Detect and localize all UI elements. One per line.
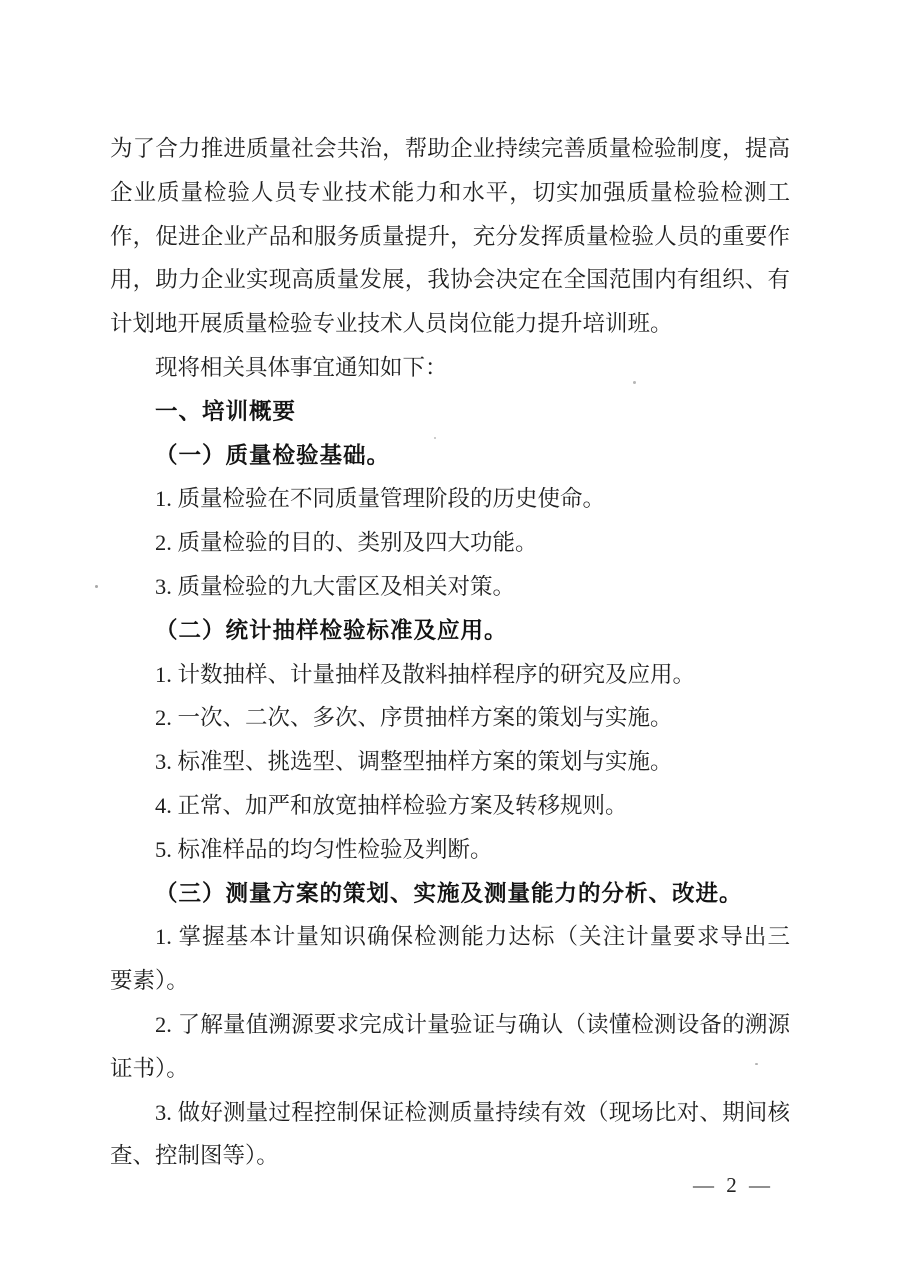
scan-artifact [633, 381, 636, 384]
document-page: 为了合力推进质量社会共治，帮助企业持续完善质量检验制度，提高 企业质量检验人员专… [0, 0, 900, 1273]
paragraph-line: 为了合力推进质量社会共治，帮助企业持续完善质量检验制度，提高 [110, 127, 790, 171]
section-heading-1: 一、培训概要 [110, 390, 790, 434]
list-item: 2. 了解量值溯源要求完成计量验证与确认（读懂检测设备的溯源 [110, 1003, 790, 1047]
list-item: 1. 掌握基本计量知识确保检测能力达标（关注计量要求导出三 [110, 915, 790, 959]
paragraph-line: 企业质量检验人员专业技术能力和水平，切实加强质量检验检测工 [110, 171, 790, 215]
subsection-heading-2: （二）统计抽样检验标准及应用。 [110, 609, 790, 653]
list-item: 3. 质量检验的九大雷区及相关对策。 [110, 565, 790, 609]
subsection-heading-1: （一）质量检验基础。 [110, 434, 790, 478]
scan-artifact [95, 585, 98, 588]
list-item: 1. 计数抽样、计量抽样及散料抽样程序的研究及应用。 [110, 653, 790, 697]
list-item-continuation: 要素）。 [110, 959, 790, 1003]
scan-artifact [434, 437, 436, 439]
list-item-continuation: 查、控制图等）。 [110, 1134, 790, 1178]
notice-lead-line: 现将相关具体事宜通知如下： [110, 346, 790, 390]
paragraph-line: 计划地开展质量检验专业技术人员岗位能力提升培训班。 [110, 302, 790, 346]
paragraph-line: 作，促进企业产品和服务质量提升，充分发挥质量检验人员的重要作 [110, 215, 790, 259]
list-item: 4. 正常、加严和放宽抽样检验方案及转移规则。 [110, 784, 790, 828]
list-item-continuation: 证书）。 [110, 1047, 790, 1091]
document-body: 为了合力推进质量社会共治，帮助企业持续完善质量检验制度，提高 企业质量检验人员专… [110, 127, 790, 1178]
list-item: 1. 质量检验在不同质量管理阶段的历史使命。 [110, 477, 790, 521]
list-item: 2. 一次、二次、多次、序贯抽样方案的策划与实施。 [110, 696, 790, 740]
list-item: 3. 标准型、挑选型、调整型抽样方案的策划与实施。 [110, 740, 790, 784]
subsection-heading-3: （三）测量方案的策划、实施及测量能力的分析、改进。 [110, 872, 790, 916]
page-number: — 2 — [693, 1172, 770, 1198]
list-item: 5. 标准样品的均匀性检验及判断。 [110, 828, 790, 872]
paragraph-line: 用，助力企业实现高质量发展，我协会决定在全国范围内有组织、有 [110, 258, 790, 302]
scan-artifact [755, 1063, 758, 1065]
list-item: 2. 质量检验的目的、类别及四大功能。 [110, 521, 790, 565]
list-item: 3. 做好测量过程控制保证检测质量持续有效（现场比对、期间核 [110, 1091, 790, 1135]
